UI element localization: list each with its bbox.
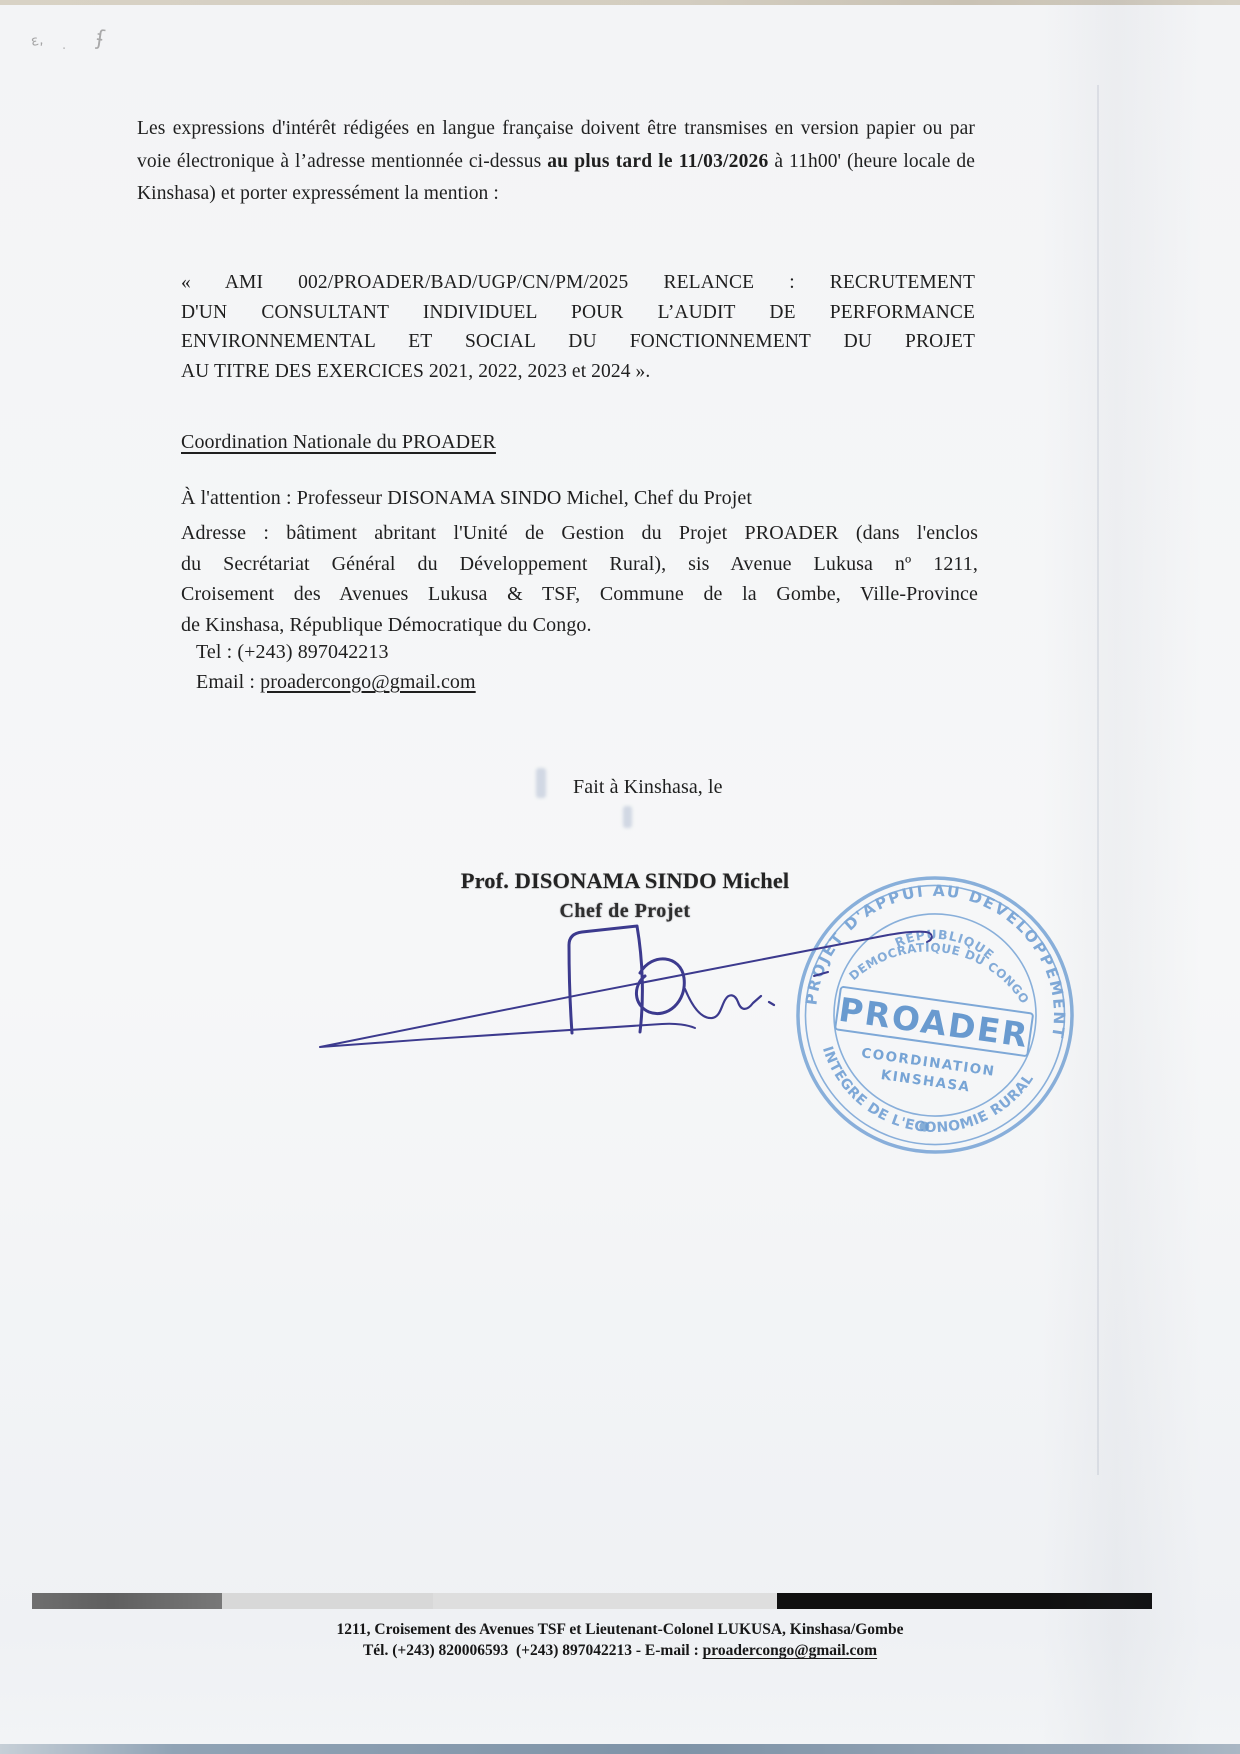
footer-bar-segment-darkgray: [32, 1593, 222, 1609]
mention-line: AU TITRE DES EXERCICES 2021, 2022, 2023 …: [181, 357, 975, 387]
address-line: de Kinshasa, République Démocratique du …: [181, 610, 978, 641]
mention-line: ENVIRONNEMENTAL ET SOCIAL DU FONCTIONNEM…: [181, 327, 975, 357]
scanned-letter-page: ε, · ʄ Les expressions d'intérêt rédigée…: [0, 0, 1240, 1754]
pen-mark: ·: [62, 42, 66, 57]
footer-contact-pre: Tél. (+243) 820006593 (+243) 897042213 -…: [363, 1642, 703, 1659]
scanner-edge-bottom: [0, 1744, 1240, 1754]
mention-block: « AMI 002/PROADER/BAD/UGP/CN/PM/2025 REL…: [181, 268, 975, 386]
address-line: Croisement des Avenues Lukusa & TSF, Com…: [181, 579, 978, 610]
footer-bar-segment-lightgray: [222, 1593, 433, 1609]
email-address: proadercongo@gmail.com: [260, 671, 476, 693]
intro-paragraph: Les expressions d'intérêt rédigées en la…: [137, 113, 975, 211]
footer-bar-segment-palegray: [433, 1593, 777, 1609]
mention-line: D'UN CONSULTANT INDIVIDUEL POUR L’AUDIT …: [181, 298, 975, 328]
address-block: Adresse : bâtiment abritant l'Unité de G…: [181, 518, 978, 640]
footer-divider-bar: [32, 1593, 1152, 1609]
footer-contact-line: Tél. (+243) 820006593 (+243) 897042213 -…: [0, 1642, 1240, 1660]
deadline-bold-text: au plus tard le 11/03/2026: [547, 151, 768, 172]
ink-smudge: [623, 806, 632, 828]
signature-monogram: [569, 926, 684, 1033]
signature-tail-squiggle: [685, 989, 774, 1018]
address-line: Adresse : bâtiment abritant l'Unité de G…: [181, 518, 978, 549]
mention-line: « AMI 002/PROADER/BAD/UGP/CN/PM/2025 REL…: [181, 268, 975, 298]
signature-long-strokes: [320, 932, 932, 1047]
recipient-heading: Coordination Nationale du PROADER: [181, 431, 496, 454]
phone-line: Tel : (+243) 897042213: [196, 641, 389, 664]
footer-email-address: proadercongo@gmail.com: [703, 1642, 877, 1659]
attention-line: À l'attention : Professeur DISONAMA SIND…: [181, 487, 991, 510]
ink-smudge: [536, 768, 546, 798]
scanner-edge-top: [0, 0, 1240, 5]
pen-mark: ε,: [29, 32, 44, 50]
email-line: Email : proadercongo@gmail.com: [196, 671, 476, 694]
pen-mark: ʄ: [95, 26, 105, 51]
email-label: Email :: [196, 671, 260, 693]
address-line: du Secrétariat Général du Développement …: [181, 549, 978, 580]
handwritten-signature: [290, 905, 950, 1075]
footer-address-line: 1211, Croisement des Avenues TSF et Lieu…: [0, 1621, 1240, 1639]
place-date-line: Fait à Kinshasa, le: [573, 776, 723, 799]
paper-fold-line: [1097, 85, 1099, 1475]
footer-bar-segment-black: [777, 1593, 1152, 1609]
